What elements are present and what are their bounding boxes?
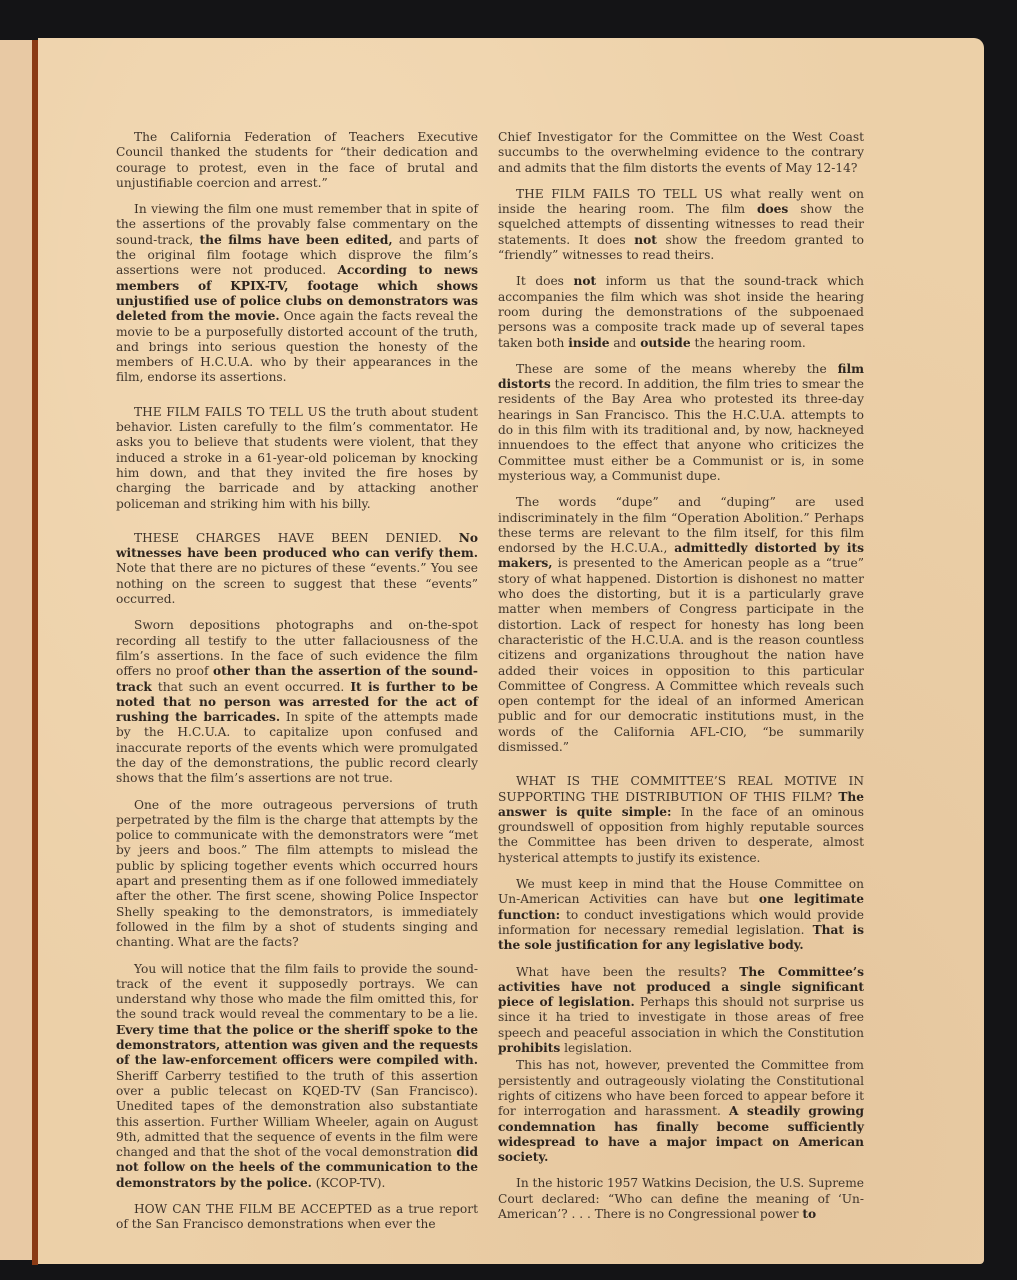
paragraph-legitimate-function: We must keep in mind that the House Comm… [498, 877, 864, 953]
emphasized-text: inside [568, 336, 609, 350]
paragraph-constitutional-rights: This has not, however, prevented the Com… [498, 1058, 864, 1165]
text-segment: the record. In addition, the film tries … [498, 377, 864, 483]
paragraph-smear-residents: These are some of the means whereby the … [498, 362, 864, 484]
text-segment: THE FILM FAILS TO TELL US [134, 405, 326, 419]
left-column: The California Federation of Teachers Ex… [116, 130, 478, 1244]
emphasized-text: Every time that the police or the sherif… [116, 1023, 478, 1068]
adjacent-page-edge [0, 40, 34, 1260]
paragraph-chief-investigator: Chief Investigator for the Committee on … [498, 130, 864, 176]
paragraph-charges-denied: THESE CHARGES HAVE BEEN DENIED. No witne… [116, 531, 478, 607]
text-segment: Sheriff Carberry testified to the truth … [116, 1069, 478, 1159]
text-segment: the hearing room. [691, 336, 806, 350]
paragraph-composite-track: It does not inform us that the sound-tra… [498, 274, 864, 350]
text-segment: Note that there are no pictures of these… [116, 561, 478, 606]
emphasized-text: the films have been edited, [199, 233, 392, 247]
emphasized-text: to [802, 1207, 816, 1221]
paragraph-results: What have been the results? The Committe… [498, 965, 864, 1057]
right-column: Chief Investigator for the Committee on … [498, 130, 864, 1233]
paragraph-sworn-depositions: Sworn depositions photographs and on-the… [116, 618, 478, 786]
emphasized-text: outside [640, 336, 690, 350]
text-segment: These are some of the means whereby the [516, 362, 838, 376]
paragraph-hearing-room: THE FILM FAILS TO TELL US what really we… [498, 187, 864, 263]
document-page: The California Federation of Teachers Ex… [38, 38, 984, 1264]
emphasized-text: does [757, 202, 788, 216]
paragraph-outrageous-perversions: One of the more outrageous perversions o… [116, 798, 478, 951]
paragraph-watkins-decision: In the historic 1957 Watkins Decision, t… [498, 1176, 864, 1222]
text-segment: One of the more outrageous perversions o… [116, 798, 478, 950]
text-segment: Chief Investigator for the Committee on … [498, 130, 864, 175]
paragraph-real-motive: WHAT IS THE COMMITTEE’S REAL MOTIVE IN S… [498, 774, 864, 866]
text-segment: legislation. [560, 1041, 632, 1055]
emphasized-text: not [634, 233, 657, 247]
paragraph-sound-track: You will notice that the film fails to p… [116, 962, 478, 1191]
text-segment: The California Federation of Teachers Ex… [116, 130, 478, 190]
text-segment: that such an event occurred. [152, 680, 350, 694]
emphasized-text: not [574, 274, 597, 288]
text-segment: (KCOP-TV). [312, 1176, 386, 1190]
text-segment: THE FILM FAILS TO TELL US [516, 187, 723, 201]
text-segment: It does [516, 274, 574, 288]
paragraph-how-can-film-be-accepted: HOW CAN THE FILM BE ACCEPTED as a true r… [116, 1202, 478, 1233]
paragraph-cft-statement: The California Federation of Teachers Ex… [116, 130, 478, 191]
paragraph-student-behavior: THE FILM FAILS TO TELL US the truth abou… [116, 405, 478, 512]
text-segment: THESE CHARGES HAVE BEEN DENIED. [134, 531, 459, 545]
emphasized-text: prohibits [498, 1041, 560, 1055]
text-segment: and [610, 336, 641, 350]
paragraph-dupe: The words “dupe” and “duping” are used i… [498, 495, 864, 755]
paragraph-edited-films: In viewing the film one must remember th… [116, 202, 478, 386]
text-segment: HOW CAN THE FILM BE ACCEPTED [134, 1202, 372, 1216]
text-segment: the truth about student behavior. Listen… [116, 405, 478, 511]
text-segment: What have been the results? [516, 965, 739, 979]
text-segment: WHAT IS THE COMMITTEE’S REAL MOTIVE IN S… [498, 774, 864, 803]
text-segment: is presented to the American people as a… [498, 556, 864, 754]
text-segment: You will notice that the film fails to p… [116, 962, 478, 1022]
